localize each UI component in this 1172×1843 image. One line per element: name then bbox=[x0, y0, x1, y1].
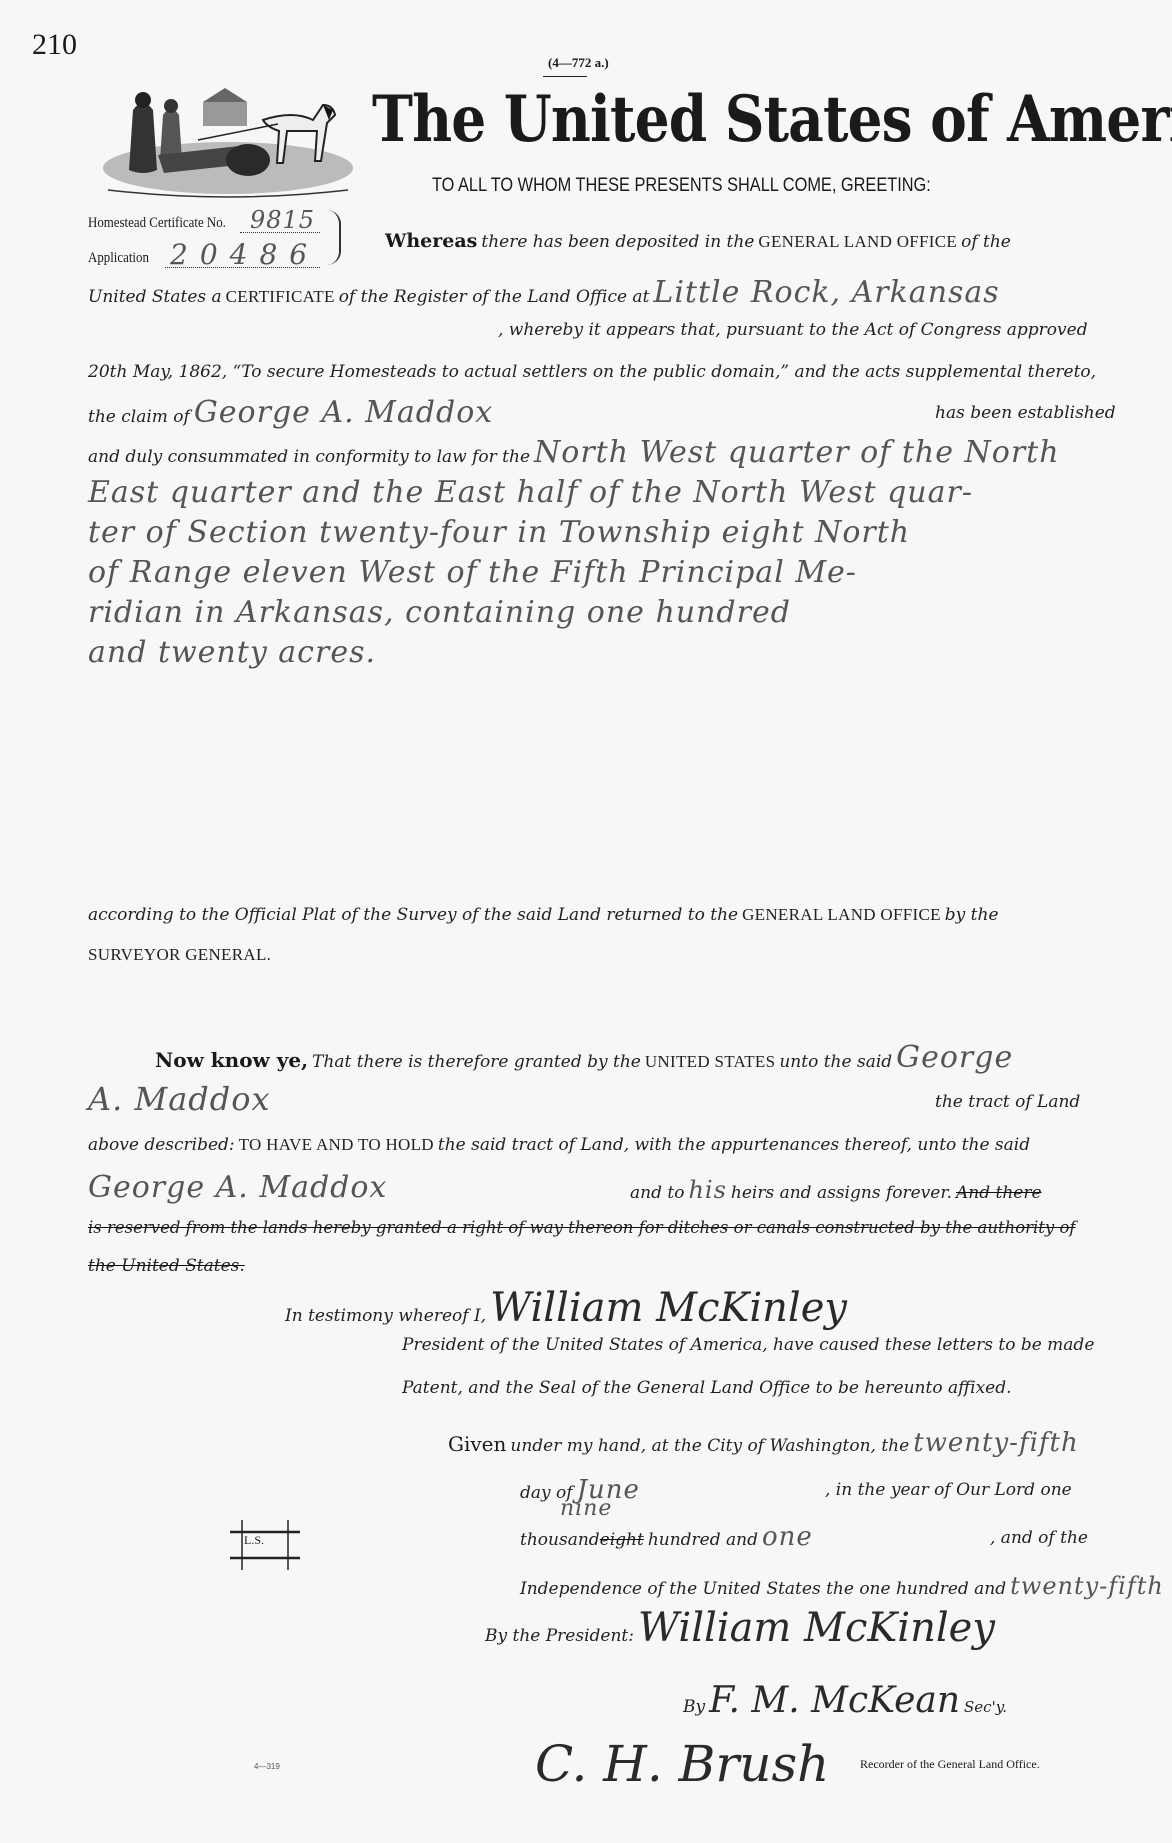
president-signature-line: By the President: William McKinley bbox=[485, 1605, 995, 1651]
dating-line-3-end: , and of the bbox=[990, 1528, 1088, 1548]
farm-scene-illustration-icon bbox=[88, 80, 358, 204]
application-number-value: 20486 bbox=[170, 238, 319, 271]
grant-text: and to bbox=[630, 1183, 684, 1203]
recital-text: by the bbox=[945, 905, 999, 925]
grantee-name: George bbox=[896, 1040, 1013, 1075]
certificate-number-label: Homestead Certificate No. bbox=[88, 215, 226, 232]
land-description-line: and twenty acres. bbox=[88, 635, 376, 670]
dating-text: Independence of the United States the on… bbox=[520, 1579, 1006, 1599]
general-land-office: GENERAL LAND OFFICE bbox=[758, 232, 957, 251]
recital-text: of the bbox=[961, 232, 1011, 252]
dating-line-3: thousandeight hundred and one bbox=[520, 1522, 813, 1552]
land-description-line: of Range eleven West of the Fifth Princi… bbox=[88, 555, 857, 590]
land-description-line: ter of Section twenty-four in Township e… bbox=[88, 515, 910, 550]
form-number: (4—772 a.) bbox=[548, 55, 609, 71]
recital-line-3: , whereby it appears that, pursuant to t… bbox=[498, 320, 1088, 340]
given-word: Given bbox=[448, 1432, 506, 1456]
recital-text: the claim of bbox=[88, 407, 190, 427]
secretary-signature: F. M. McKean bbox=[709, 1680, 960, 1721]
grant-text: the said tract of Land, with the appurte… bbox=[438, 1135, 1030, 1155]
grantee-name: A. Maddox bbox=[88, 1080, 271, 1118]
certificate-word: CERTIFICATE bbox=[226, 287, 335, 306]
testimony-text: In testimony whereof I, bbox=[285, 1306, 486, 1326]
habendum: TO HAVE AND TO HOLD bbox=[239, 1135, 434, 1154]
testimony-line-3: Patent, and the Seal of the General Land… bbox=[402, 1378, 1012, 1398]
recorder-title: Recorder of the General Land Office. bbox=[860, 1757, 1040, 1772]
grant-text: That there is therefore granted by the bbox=[312, 1052, 641, 1072]
grant-text: above described: bbox=[88, 1135, 235, 1155]
plat-line: according to the Official Plat of the Su… bbox=[88, 905, 999, 925]
seal-locus-icon bbox=[230, 1520, 300, 1570]
grant-line-3: above described: TO HAVE AND TO HOLD the… bbox=[88, 1135, 1030, 1155]
testimony-line-2: President of the United States of Americ… bbox=[402, 1335, 1094, 1355]
struck-reservation: the United States. bbox=[88, 1256, 245, 1276]
recital-line-4: 20th May, 1862, “To secure Homesteads to… bbox=[88, 362, 1096, 382]
identifier-brace bbox=[325, 210, 341, 265]
independence-year-value: twenty-fifth bbox=[1010, 1572, 1164, 1600]
form-number-rule bbox=[543, 76, 587, 77]
land-description-line: ridian in Arkansas, containing one hundr… bbox=[88, 595, 791, 630]
grant-line-2: the tract of Land bbox=[935, 1092, 1080, 1112]
dating-text: thousand bbox=[520, 1530, 600, 1550]
day-value: twenty-fifth bbox=[913, 1428, 1079, 1458]
seal-label: L.S. bbox=[244, 1533, 264, 1548]
land-office-location: Little Rock, Arkansas bbox=[653, 275, 999, 310]
recital-line-5-end: has been established bbox=[935, 403, 1116, 423]
struck-reservation: And there bbox=[956, 1183, 1042, 1203]
land-description-line: North West quarter of the North bbox=[534, 435, 1060, 470]
grantee-pronoun: his bbox=[688, 1176, 726, 1204]
by-president-label: By the President: bbox=[485, 1626, 634, 1646]
whereas-word: Whereas bbox=[385, 230, 477, 252]
dating-text: under my hand, at the City of Washington… bbox=[510, 1436, 909, 1456]
recital-line-2: United States a CERTIFICATE of the Regis… bbox=[88, 275, 1000, 310]
general-land-office: GENERAL LAND OFFICE bbox=[742, 905, 941, 924]
surveyor-general: SURVEYOR GENERAL. bbox=[88, 945, 271, 965]
land-description-line: East quarter and the East half of the No… bbox=[88, 475, 973, 510]
certificate-number-value: 9815 bbox=[250, 206, 315, 234]
print-mark: 4—319 bbox=[254, 1762, 280, 1771]
document-title: The United States of America, bbox=[372, 82, 1172, 157]
recital-text: United States a bbox=[88, 287, 222, 307]
struck-century: eight bbox=[600, 1530, 644, 1550]
recital-text: there has been deposited in the bbox=[481, 232, 754, 252]
page-number: 210 bbox=[32, 28, 77, 62]
grant-line-1: Now know ye, That there is therefore gra… bbox=[155, 1040, 1013, 1075]
year-value: one bbox=[762, 1522, 813, 1552]
united-states-word: UNITED STATES bbox=[645, 1052, 776, 1071]
recital-text: of the Register of the Land Office at bbox=[339, 287, 650, 307]
claimant-name: George A. Maddox bbox=[194, 395, 493, 430]
secretary-signature-line: By F. M. McKean Sec'y. bbox=[683, 1680, 1007, 1721]
grant-line-4: and to his heirs and assigns forever. An… bbox=[630, 1176, 1042, 1204]
recital-text: according to the Official Plat of the Su… bbox=[88, 905, 738, 925]
testimony-line-1: In testimony whereof I, William McKinley bbox=[285, 1285, 847, 1331]
recorder-signature: C. H. Brush bbox=[535, 1735, 829, 1793]
dating-line-1: Given under my hand, at the City of Wash… bbox=[448, 1428, 1079, 1458]
dating-text: hundred and bbox=[648, 1530, 758, 1550]
by-label: By bbox=[683, 1697, 705, 1717]
dating-line-2-end: , in the year of Our Lord one bbox=[825, 1480, 1072, 1500]
struck-reservation: is reserved from the lands hereby grante… bbox=[88, 1218, 1076, 1237]
greeting: TO ALL TO WHOM THESE PRESENTS SHALL COME… bbox=[432, 175, 931, 197]
grant-text: heirs and assigns forever. bbox=[731, 1183, 952, 1203]
recital-line-5: the claim of George A. Maddox bbox=[88, 395, 493, 430]
president-name: William McKinley bbox=[490, 1285, 847, 1331]
dating-line-4: Independence of the United States the on… bbox=[520, 1572, 1164, 1600]
grantee-name: George A. Maddox bbox=[88, 1170, 387, 1205]
recital-line-6: and duly consummated in conformity to la… bbox=[88, 435, 1060, 470]
president-signature: William McKinley bbox=[638, 1605, 995, 1651]
now-know-ye: Now know ye, bbox=[155, 1048, 308, 1072]
grant-text: unto the said bbox=[779, 1052, 892, 1072]
secretary-title: Sec'y. bbox=[964, 1698, 1007, 1716]
recital-line-1: Whereas there has been deposited in the … bbox=[385, 230, 1011, 252]
recital-text: and duly consummated in conformity to la… bbox=[88, 447, 530, 467]
application-label: Application bbox=[88, 250, 149, 267]
century-insert: nine bbox=[560, 1496, 612, 1521]
